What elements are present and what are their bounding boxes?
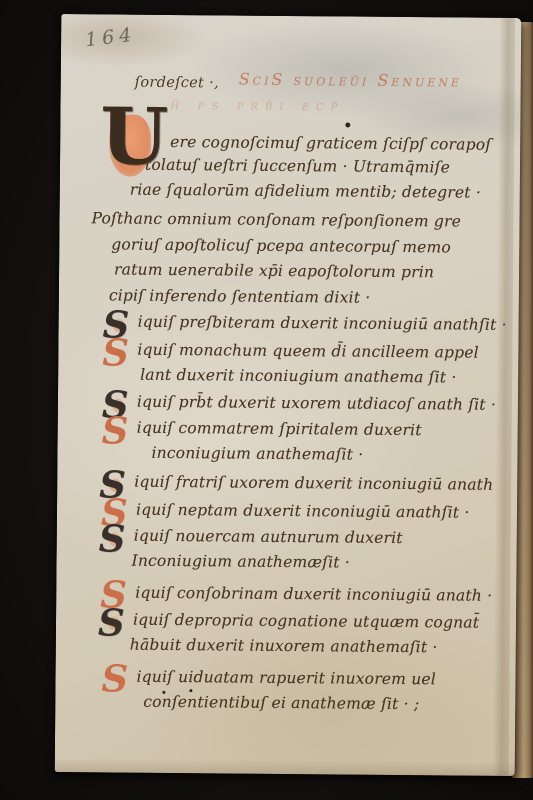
text-line: cipiſ inferendo ſententiam dixit · xyxy=(109,286,371,306)
opening-paragraph: ere cognoſcimuſ graticem ſciſpſ corapoſt… xyxy=(61,14,521,18)
catchword-text: ſordeſcet ·, xyxy=(135,75,219,92)
text-line: ere cognoſcimuſ graticem ſciſpſ corapoſ xyxy=(170,133,491,154)
canon-initial-4: S xyxy=(102,412,129,449)
canons-list: Siquiſ preſbiteram duxerit inconiugiū an… xyxy=(61,14,521,18)
text-line: goriuſ apoſtolicuſ pcepa antecorpuſ memo xyxy=(111,235,451,256)
text-line: lant duxerit inconiugium anathema ſit · xyxy=(140,366,456,387)
canon-initial-7: S xyxy=(99,520,126,557)
text-line: tolatuſ ueſtri ſuccenſum · Utramq̄miſe xyxy=(145,156,450,177)
text-line: riae ſqualorūm afidelium mentib; detegre… xyxy=(130,181,481,202)
folio-number: 164 xyxy=(84,24,137,52)
text-line: iquiſ monachum queem d̄i ancilleem appel xyxy=(137,341,479,362)
ink-dot xyxy=(189,689,192,692)
canon-initial-10: S xyxy=(101,660,128,697)
text-line: iquiſ fratriſ uxorem duxerit inconiugiū … xyxy=(134,473,493,494)
initial-red-touch xyxy=(108,616,120,630)
text-line: iquiſ conſobrinam duxerit inconiugiū ana… xyxy=(135,584,492,605)
text-line: iquiſ neptam duxerit inconiugiū anathſit… xyxy=(136,501,470,522)
ink-dot xyxy=(162,691,165,694)
text-line: conſentientibuſ ei anathemæ ſit · ; xyxy=(143,693,419,713)
text-line: iquiſ uiduatam rapuerit inuxorem uel xyxy=(136,668,436,689)
text-line: iquiſ preſbiteram duxerit inconiugiū ana… xyxy=(138,313,507,334)
text-line: iquiſ prb̄t duxerit uxorem utdiacoſ anat… xyxy=(137,393,496,414)
text-line: inconiugium anathemaſit · xyxy=(151,444,363,464)
text-line: Inconiugium anathemæſit · xyxy=(131,552,350,572)
text-line: hābuit duxerit inuxorem anathemaſit · xyxy=(130,636,438,657)
text-line: iquiſ nouercam autnurum duxerit xyxy=(134,527,403,547)
text-line: ratum uenerabile xp̄i eapoſtolorum prin xyxy=(114,260,434,281)
rubric-title: SciS ſuoleūi Senuene xyxy=(239,70,462,91)
canon-initial-9: S xyxy=(98,604,125,641)
canon-initial-2: S xyxy=(102,334,129,371)
initial-red-touch xyxy=(109,532,121,546)
manuscript-page: 164 ſordeſcet ·, SciS ſuoleūi Senuene h̄… xyxy=(55,14,522,776)
text-line: Poſthanc omnium conſonam reſponſionem gr… xyxy=(91,209,461,230)
text-line: iquiſ depropria cognatione utquæm cognat… xyxy=(133,611,479,632)
rubric-subtitle: h̄ pſ prb̄i ecp̄ xyxy=(170,97,344,115)
photo-background: 164 ſordeſcet ·, SciS ſuoleūi Senuene h̄… xyxy=(0,0,533,800)
ink-dot xyxy=(345,122,350,127)
text-line: iquiſ commatrem ſpiritalem duxerit xyxy=(137,419,422,439)
